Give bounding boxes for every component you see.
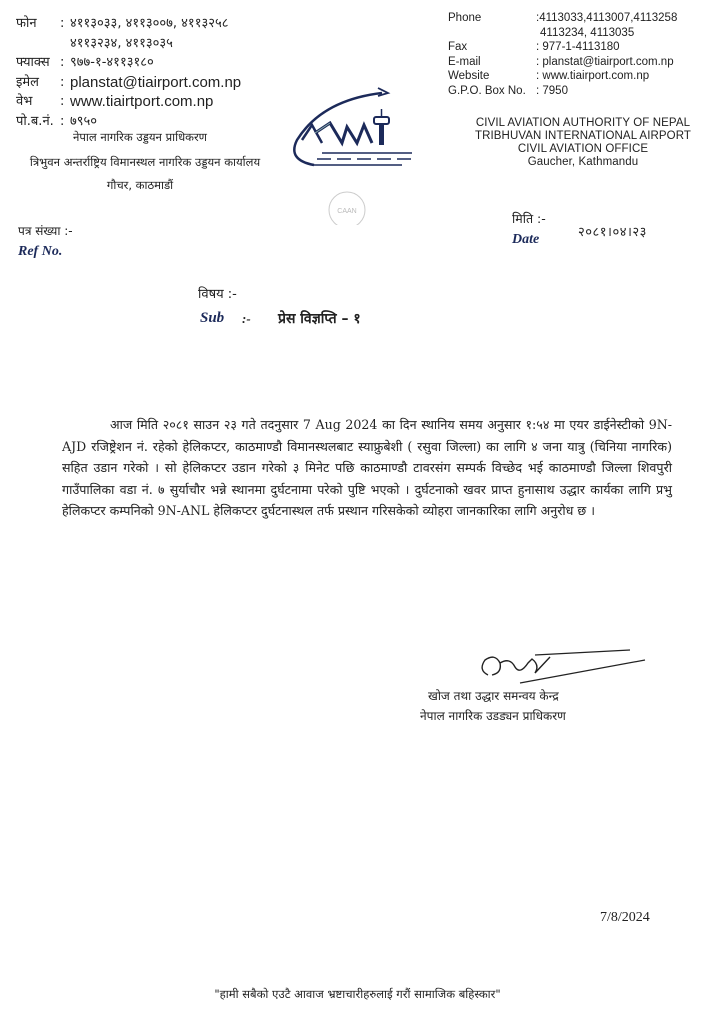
phone-value-2: ४११३२३४, ४११३०३५ [70,34,173,54]
fax-label: फ्याक्स [16,53,60,73]
web-value-en: : www.tiairport.com.np [536,69,649,84]
phone-value-en: :4113033,4113007,4113258 [536,11,677,26]
pobox-label: पो.ब.नं. [16,112,60,132]
signature-block: खोज तथा उद्धार समन्वय केन्द्र नेपाल नागर… [420,686,566,726]
english-org-line2: TRIBHUVAN INTERNATIONAL AIRPORT [448,130,715,143]
phone-row-en: Phone :4113033,4113007,4113258 [448,11,677,26]
nepali-org-line3: गौचर, काठमाडौं [40,178,240,193]
phone-row: फोन : ४११३०३३, ४११३००७, ४११३२५८ [16,14,241,34]
phone-row-2: ४११३२३४, ४११३०३५ [16,34,241,54]
fax-row-en: Fax : 977-1-4113180 [448,40,677,55]
fax-value-en: : 977-1-4113180 [536,40,620,55]
caan-logo-icon: CAAN [282,85,422,225]
footer-date: 7/8/2024 [600,910,650,926]
fax-value: ९७७-१-४११३१८० [70,53,154,73]
email-value: planstat@tiairport.com.np [70,73,241,93]
ref-label-en: Ref No. [18,244,62,260]
phone-value: ४११३०३३, ४११३००७, ४११३२५८ [70,14,229,34]
pobox-row-en: G.P.O. Box No. : 7950 [448,84,677,99]
english-org-line3: CIVIL AVIATION OFFICE [448,143,715,156]
email-label: इमेल [16,73,60,93]
pobox-label-en: G.P.O. Box No. [448,84,536,99]
pobox-row: पो.ब.नं. : ७९५० [16,112,241,132]
email-row-en: E-mail : planstat@tiairport.com.np [448,55,677,70]
english-org-line4: Gaucher, Kathmandu [448,156,715,169]
caan-logo: CAAN [282,85,422,225]
email-value-en: : planstat@tiairport.com.np [536,55,674,70]
pobox-value-en: : 7950 [536,84,568,99]
date-value: २०८१।०४।२३ [578,222,647,240]
date-label-en: Date [512,232,539,248]
web-value: www.tiairtport.com.np [70,92,213,112]
ref-label-np: पत्र संख्या :- [18,222,73,239]
subject-label-en: Sub [200,310,224,327]
subject-label-np: विषय :- [198,284,237,302]
date-label-np: मिति :- [512,210,546,227]
svg-text:CAAN: CAAN [337,208,356,215]
footer-slogan: "हामी सबैको एउटै आवाज भ्रष्टाचारीहरुलाई … [0,987,715,1002]
web-label: वेभ [16,92,60,112]
signature-icon [470,645,650,690]
press-release-body: आज मिति २०८१ साउन २३ गते तदनुसार 7 Aug 2… [62,414,672,522]
fax-label-en: Fax [448,40,536,55]
fax-row: फ्याक्स : ९७७-१-४११३१८० [16,53,241,73]
signature [470,645,650,690]
subject-value: प्रेस विज्ञप्ति – १ [278,309,361,328]
phone-label-en: Phone [448,11,536,26]
web-label-en: Website [448,69,536,84]
email-row: इमेल : planstat@tiairport.com.np [16,73,241,93]
english-org-block: CIVIL AVIATION AUTHORITY OF NEPAL TRIBHU… [448,117,715,169]
phone-row-en-2: 4113234, 4113035 [448,26,677,41]
web-row-en: Website : www.tiairport.com.np [448,69,677,84]
signatory-office: खोज तथा उद्धार समन्वय केन्द्र [420,686,566,706]
email-label-en: E-mail [448,55,536,70]
nepali-org-line1: नेपाल नागरिक उड्डयन प्राधिकरण [40,130,240,145]
nepali-org-line2: त्रिभुवन अन्तर्राष्ट्रिय विमानस्थल नागरि… [14,155,276,170]
web-row: वेभ : www.tiairtport.com.np [16,92,241,112]
english-contact-block: Phone :4113033,4113007,4113258 4113234, … [448,11,677,98]
signatory-org: नेपाल नागरिक उडड्यन प्राधिकरण [420,706,566,726]
pobox-value: ७९५० [70,112,97,132]
nepali-contact-block: फोन : ४११३०३३, ४११३००७, ४११३२५८ ४११३२३४,… [16,14,241,131]
english-org-line1: CIVIL AVIATION AUTHORITY OF NEPAL [448,117,715,130]
phone-label: फोन [16,14,60,34]
phone-value-en-2: 4113234, 4113035 [540,26,634,41]
